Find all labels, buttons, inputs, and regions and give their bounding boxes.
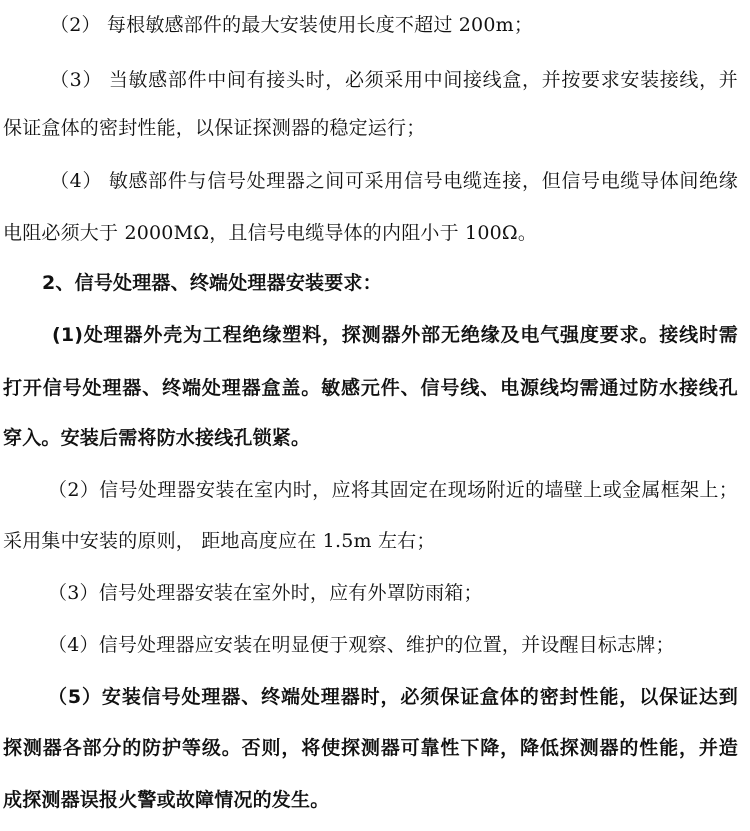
paragraph-item-4-line-1: （4） 敏感部件与信号处理器之间可采用信号电缆连接，但信号电缆导体间绝缘: [50, 169, 738, 193]
paragraph-processor-5-line-2: 探测器各部分的防护等级。否则，将使探测器可靠性下降，降低探测器的性能，并造: [3, 736, 738, 760]
paragraph-processor-5-line-3: 成探测器误报火警或故障情况的发生。: [3, 788, 329, 812]
paragraph-item-3-line-1: （3） 当敏感部件中间有接头时，必须采用中间接线盒，并按要求安装接线，并: [50, 68, 738, 92]
paragraph-item-2-line-1: （2） 每根敏感部件的最大安装使用长度不超过 200m；: [50, 13, 533, 37]
paragraph-item-4-line-2: 电阻必须大于 2000MΩ，且信号电缆导体的内阻小于 100Ω。: [3, 221, 537, 245]
paragraph-processor-1-line-1: (1)处理器外壳为工程绝缘塑料，探测器外部无绝缘及电气强度要求。接线时需: [52, 323, 738, 347]
section-heading: 2、信号处理器、终端处理器安装要求：: [42, 271, 382, 295]
paragraph-processor-5-line-1: （5）安装信号处理器、终端处理器时，必须保证盒体的密封性能，以保证达到: [48, 685, 738, 709]
paragraph-processor-2-line-1: （2）信号处理器安装在室内时，应将其固定在现场附近的墙壁上或金属框架上；: [48, 478, 738, 502]
paragraph-processor-3-line-1: （3）信号处理器安装在室外时，应有外罩防雨箱；: [48, 581, 483, 605]
paragraph-processor-1-line-3: 穿入。安装后需将防水接线孔锁紧。: [3, 426, 310, 450]
paragraph-processor-4-line-1: （4）信号处理器应安装在明显便于观察、维护的位置，并设醒目标志牌；: [48, 633, 675, 657]
paragraph-processor-1-line-2: 打开信号处理器、终端处理器盒盖。敏感元件、信号线、电源线均需通过防水接线孔: [3, 376, 738, 400]
paragraph-item-3-line-2: 保证盒体的密封性能，以保证探测器的稳定运行；: [3, 116, 425, 140]
paragraph-processor-2-line-2: 采用集中安装的原则， 距地高度应在 1.5m 左右；: [3, 529, 436, 553]
